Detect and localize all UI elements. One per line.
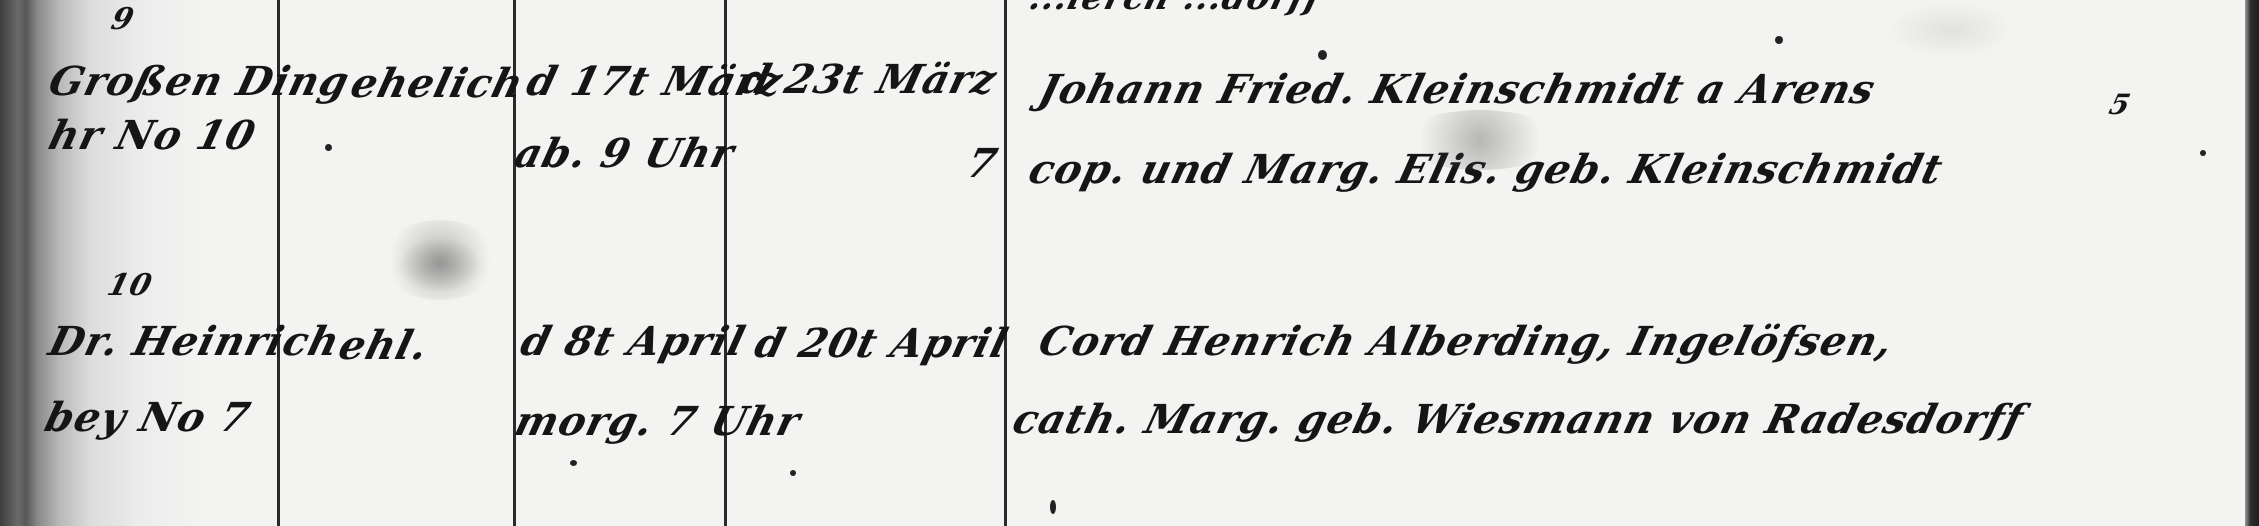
child-name-line: Johann Fried. Kleinschmidt a Arens [1034, 66, 1880, 113]
ink-speck [1318, 50, 1327, 60]
house-line-2: bey No 7 [40, 394, 255, 441]
ink-smudge [1400, 110, 1560, 170]
column-rule-4 [1004, 0, 1007, 526]
baptism-date: d 20t April [750, 320, 1013, 367]
house-line-1: Großen Ding [44, 58, 354, 105]
child-name-line: Cord Henrich Alberding, Ingelöfsen, [1034, 318, 1898, 365]
birth-hour: ab. 9 Uhr [510, 130, 739, 177]
parents-line: cath. Marg. geb. Wiesmann von Radesdorff [1008, 396, 2029, 443]
baptism-mark: 7 [962, 140, 1003, 187]
entry-number: 10 [104, 268, 156, 303]
legitimacy-text: ehl. [334, 322, 433, 369]
birth-hour: morg. 7 Uhr [510, 398, 805, 445]
birth-date: d 8t April [516, 318, 750, 365]
page-edge [2245, 0, 2259, 526]
ink-speck [1775, 36, 1783, 44]
ink-speck [2200, 150, 2206, 156]
ink-smudge [380, 220, 500, 300]
entry-number: 9 [108, 2, 139, 37]
ink-speck [325, 144, 332, 151]
house-line-2: hr No 10 [44, 112, 261, 159]
margin-note: 5 [2106, 88, 2135, 121]
register-page: ...ierch ...dorff 9 Großen Ding hr No 10… [0, 0, 2259, 526]
house-line-1: Dr. Heinrich [44, 318, 345, 365]
top-fragment-text: ...ierch ...dorff [1025, 0, 1326, 18]
baptism-date: d 23t März [736, 56, 1002, 103]
ink-speck [790, 470, 796, 476]
ink-speck [1050, 500, 1056, 514]
legitimacy-text: ehelich [346, 60, 529, 107]
ink-speck [570, 460, 577, 466]
